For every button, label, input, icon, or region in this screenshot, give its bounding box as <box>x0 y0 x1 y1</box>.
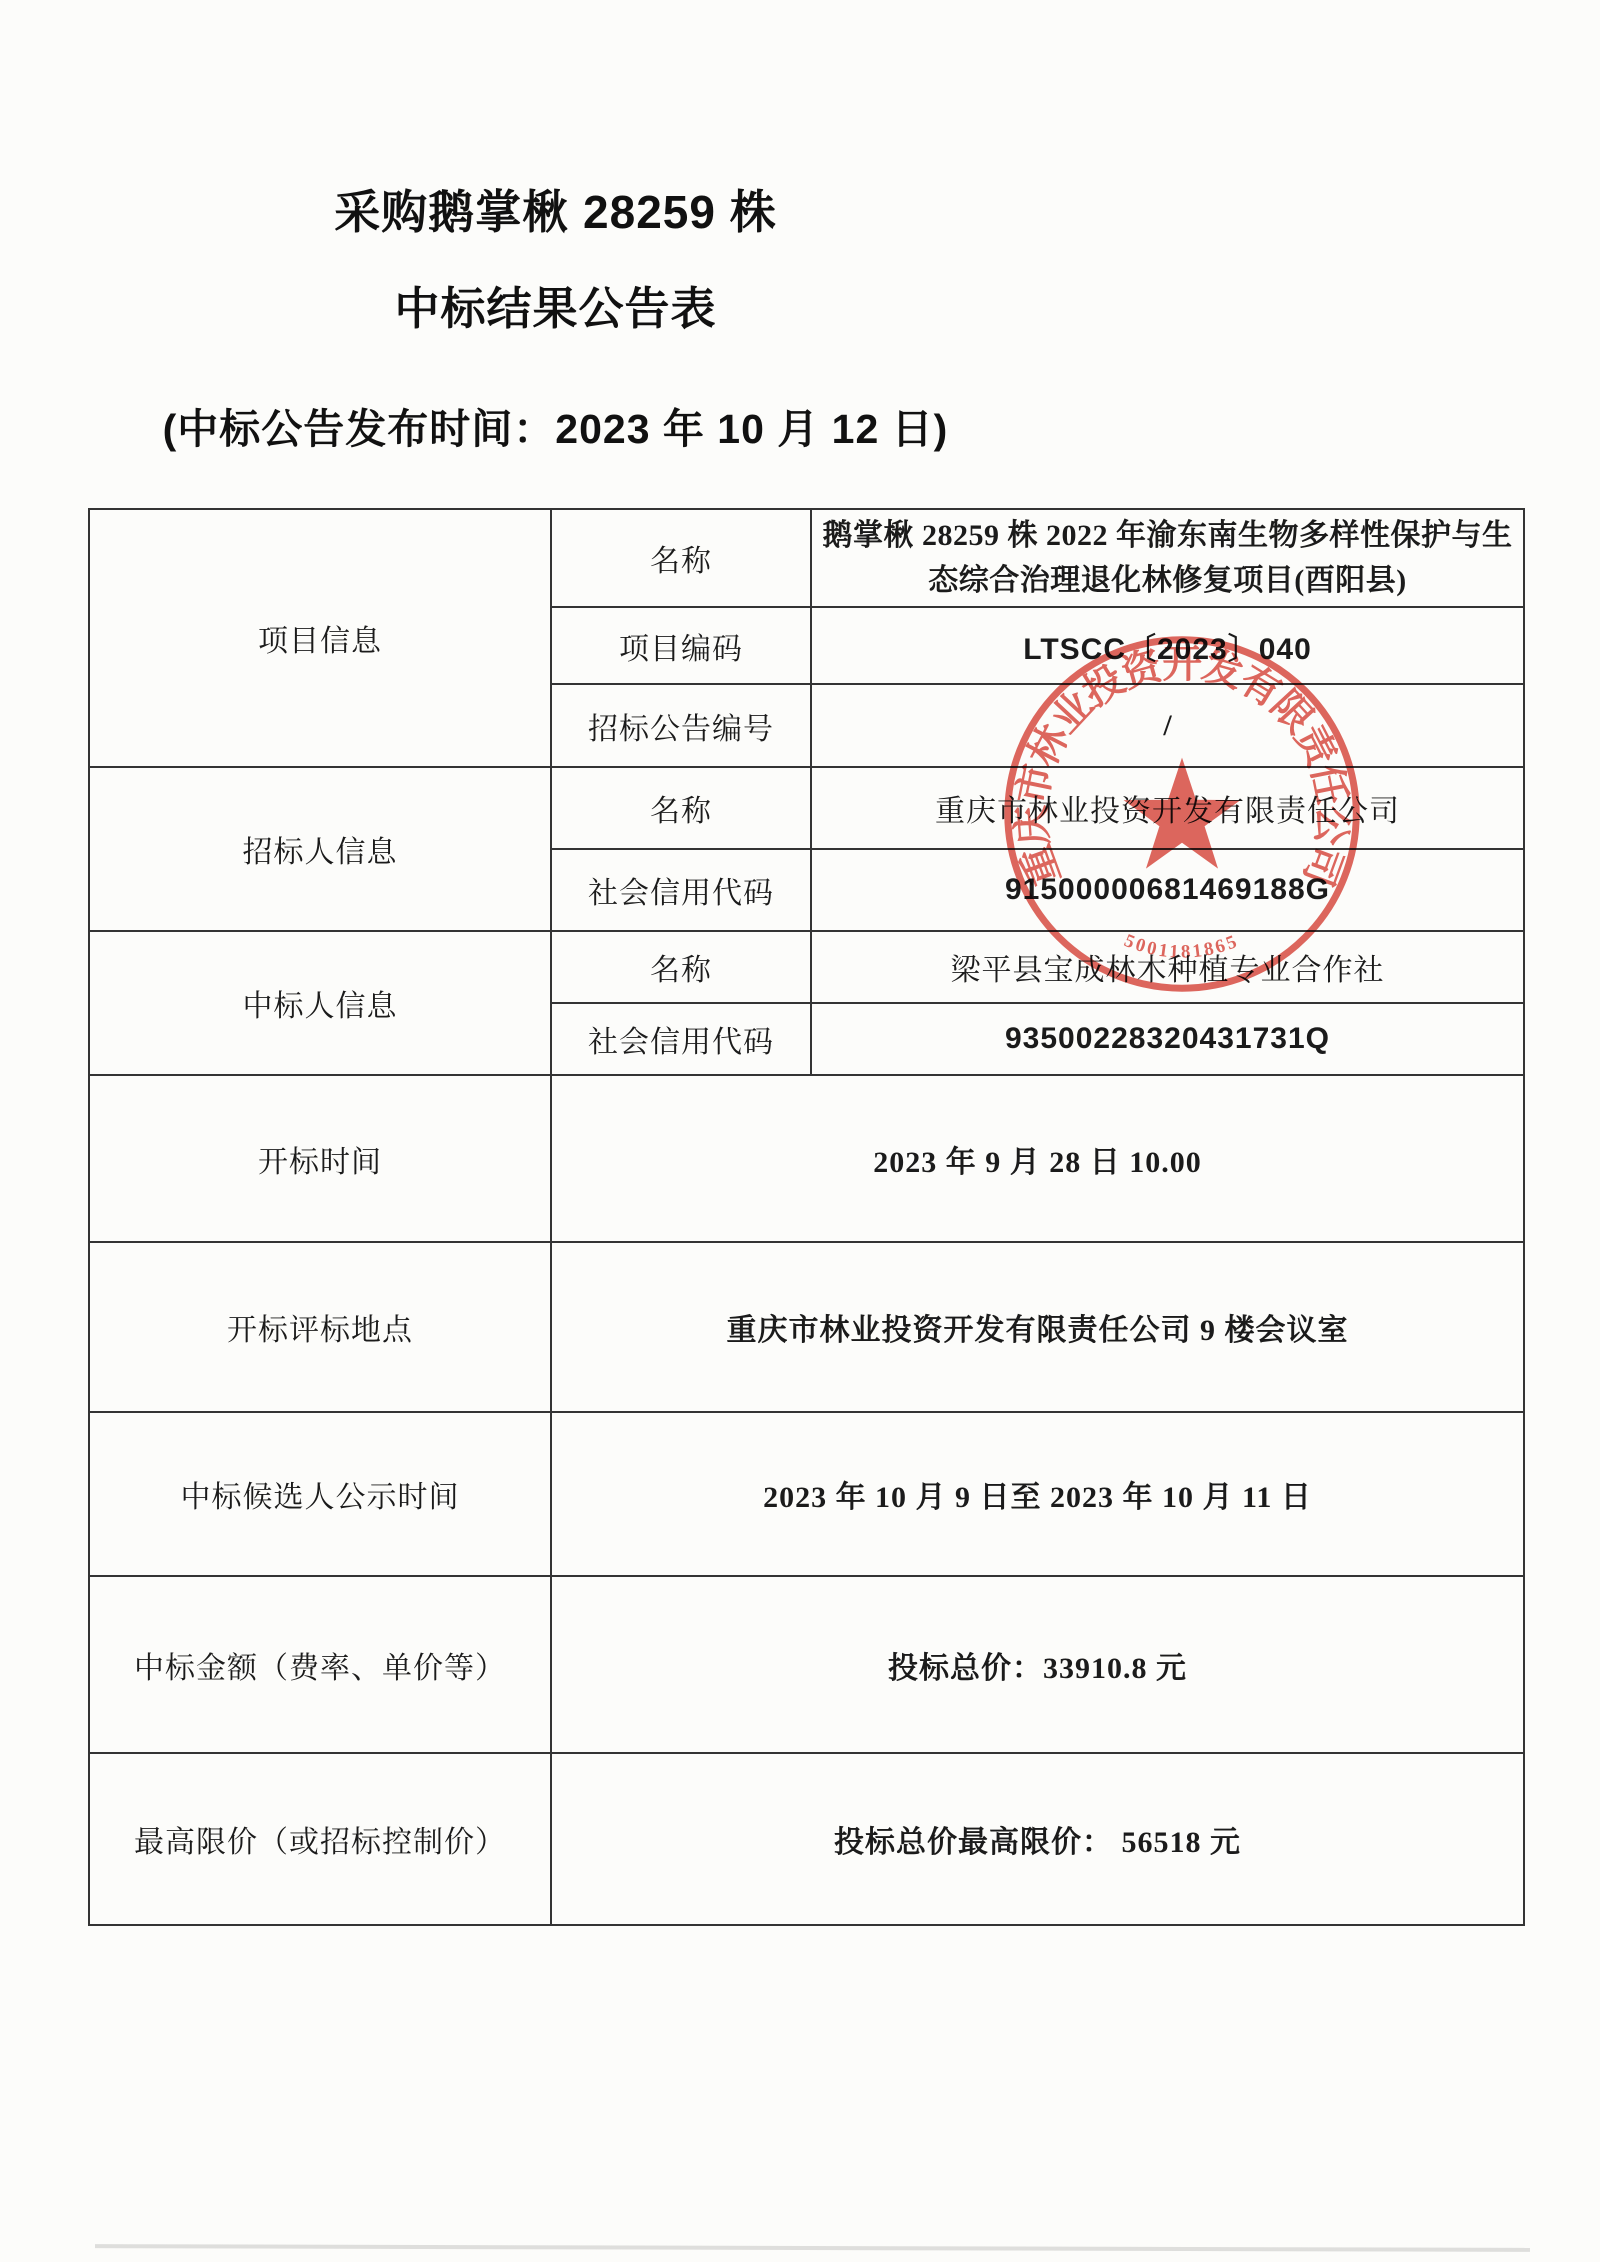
row-value-winning-amount: 投标总价：33910.8 元 <box>551 1576 1524 1753</box>
row-value-bid-opening-place: 重庆市林业投资开发有限责任公司 9 楼会议室 <box>551 1242 1524 1412</box>
table-row: 中标候选人公示时间 2023 年 10 月 9 日至 2023 年 10 月 1… <box>89 1412 1524 1576</box>
page-title-line2: 中标结果公告表 <box>88 272 1023 337</box>
table-row: 招标人信息 名称 重庆市林业投资开发有限责任公司 <box>89 767 1524 849</box>
cell-value-project-name: 鹅掌楸 28259 株 2022 年渝东南生物多样性保护与生态综合治理退化林修复… <box>811 509 1524 607</box>
cell-value-winner-credit-code: 93500228320431731Q <box>811 1003 1524 1075</box>
table-row: 项目信息 名称 鹅掌楸 28259 株 2022 年渝东南生物多样性保护与生态综… <box>89 509 1524 607</box>
table-row: 中标人信息 名称 梁平县宝成林木种植专业合作社 <box>89 931 1524 1003</box>
publish-time-line: (中标公告发布时间：2023 年 10 月 12 日) <box>88 396 1023 455</box>
cell-key-project-name: 名称 <box>551 509 811 607</box>
cell-value-announcement-no: / <box>811 684 1524 767</box>
cell-value-winner-name: 梁平县宝成林木种植专业合作社 <box>811 931 1524 1003</box>
row-label-bid-opening-time: 开标时间 <box>89 1075 551 1242</box>
row-value-bid-opening-time: 2023 年 9 月 28 日 10.00 <box>551 1075 1524 1242</box>
bid-result-table: 项目信息 名称 鹅掌楸 28259 株 2022 年渝东南生物多样性保护与生态综… <box>88 508 1525 1926</box>
row-label-candidate-publicity-time: 中标候选人公示时间 <box>89 1412 551 1576</box>
document-page: 采购鹅掌楸 28259 株 中标结果公告表 (中标公告发布时间：2023 年 1… <box>0 0 1600 2262</box>
cell-key-winner-name: 名称 <box>551 931 811 1003</box>
cell-key-announcement-no: 招标公告编号 <box>551 684 811 767</box>
scanner-edge-artifact <box>95 2244 1530 2252</box>
cell-value-project-code: LTSCC〔2023〕040 <box>811 607 1524 684</box>
table-row: 开标评标地点 重庆市林业投资开发有限责任公司 9 楼会议室 <box>89 1242 1524 1412</box>
cell-key-tenderer-name: 名称 <box>551 767 811 849</box>
cell-value-tenderer-credit-code: 91500000681469188G <box>811 849 1524 931</box>
table-row: 最高限价（或招标控制价） 投标总价最高限价： 56518 元 <box>89 1753 1524 1925</box>
cell-key-tenderer-credit-code: 社会信用代码 <box>551 849 811 931</box>
row-label-bid-opening-place: 开标评标地点 <box>89 1242 551 1412</box>
cell-key-winner-credit-code: 社会信用代码 <box>551 1003 811 1075</box>
row-label-price-ceiling: 最高限价（或招标控制价） <box>89 1753 551 1925</box>
row-value-price-ceiling: 投标总价最高限价： 56518 元 <box>551 1753 1524 1925</box>
table-row: 开标时间 2023 年 9 月 28 日 10.00 <box>89 1075 1524 1242</box>
table-row: 中标金额（费率、单价等） 投标总价：33910.8 元 <box>89 1576 1524 1753</box>
section-label-project-info: 项目信息 <box>89 509 551 767</box>
section-label-winner-info: 中标人信息 <box>89 931 551 1075</box>
row-value-candidate-publicity-time: 2023 年 10 月 9 日至 2023 年 10 月 11 日 <box>551 1412 1524 1576</box>
row-label-winning-amount: 中标金额（费率、单价等） <box>89 1576 551 1753</box>
section-label-tenderer-info: 招标人信息 <box>89 767 551 931</box>
page-title-line1: 采购鹅掌楸 28259 株 <box>88 176 1023 242</box>
cell-value-tenderer-name: 重庆市林业投资开发有限责任公司 <box>811 767 1524 849</box>
cell-key-project-code: 项目编码 <box>551 607 811 684</box>
